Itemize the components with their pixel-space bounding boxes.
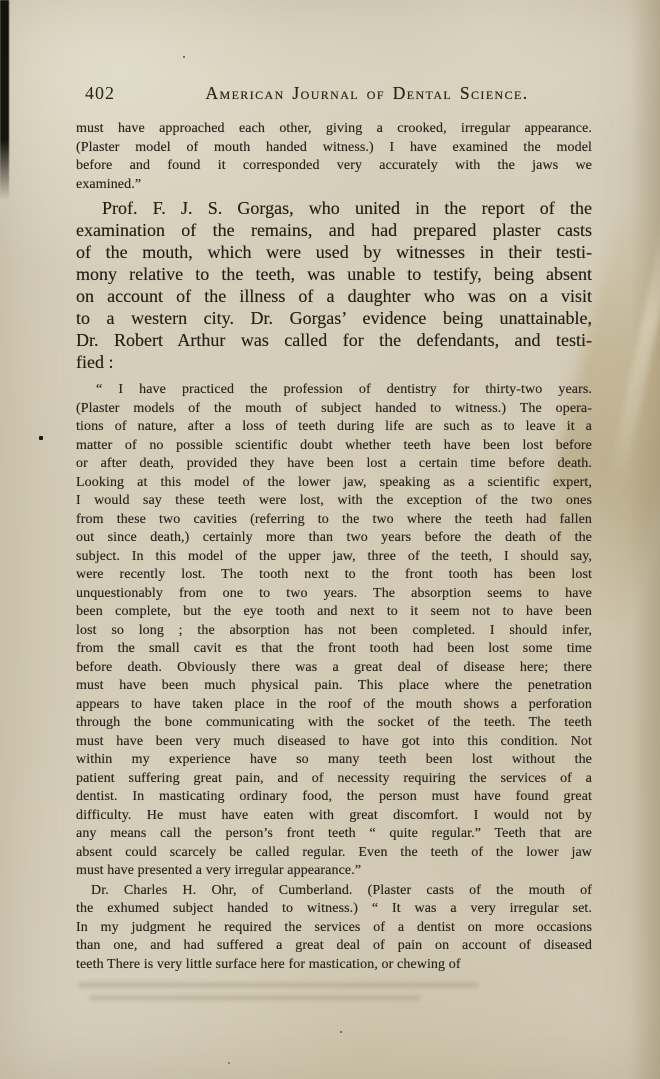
text-column: must have approached each other, giving … [76,120,592,974]
text-line: to a western city. Dr. Gorgas’ evidence … [76,307,592,329]
text-line: on account of the illness of a daughter … [76,285,592,307]
text-line: mony relative to the teeth, was unable t… [76,263,592,285]
text-line: tions of nature, after a loss of teeth d… [76,418,592,437]
text-line: appears to have taken place in the roof … [76,696,592,715]
text-line: before and found it corresponded very ac… [76,157,592,176]
text-line: examined.” [76,176,592,195]
text-line: (Plaster model of mouth handed witness.)… [76,139,592,158]
paragraph-ohr-testimony: Dr. Charles H. Ohr, of Cumberland. (Plas… [76,882,592,975]
text-line: Prof. F. J. S. Gorgas, who united in the… [76,197,592,219]
ink-speck [39,436,43,440]
text-line: been complete, but the eye tooth and nex… [76,603,592,622]
text-line: through the bone communicating with the … [76,714,592,733]
text-line: any means call the person’s front teeth … [76,825,592,844]
text-line: subject. In this model of the upper jaw,… [76,548,592,567]
text-line: lost so long ; the absorption has not be… [76,622,592,641]
text-line: before death. Obviously there was a grea… [76,659,592,678]
text-line: In my judgment he required the services … [76,919,592,938]
scanned-journal-page: 402 American Journal of Dental Science. … [0,0,660,1079]
paragraph-gorgas-narrative: Prof. F. J. S. Gorgas, who united in the… [76,197,592,373]
text-line: teeth There is very little surface here … [76,956,592,975]
journal-title: American Journal of Dental Science. [205,83,528,104]
text-line: absent could scarcely be called regular.… [76,844,592,863]
text-line: (Plaster models of the mouth of subject … [76,400,592,419]
ink-speck [228,1062,230,1064]
page-number: 402 [85,83,115,104]
text-line: or after death, provided they have been … [76,455,592,474]
text-line: must have been much physical pain. This … [76,677,592,696]
text-line: of the mouth, which were used by witness… [76,241,592,263]
text-line: must have approached each other, giving … [76,120,592,139]
ink-speck [340,1031,342,1033]
text-line: the exhumed subject handed to witness.) … [76,900,592,919]
text-line: fied : [76,351,592,373]
text-line: unquestionably from one to two years. Th… [76,585,592,604]
text-line: dentist. In masticating ordinary food, t… [76,788,592,807]
text-line: patient suffering great pain, and of nec… [76,770,592,789]
text-line: Dr. Charles H. Ohr, of Cumberland. (Plas… [76,882,592,901]
text-line: examination of the remains, and had prep… [76,219,592,241]
text-line: from the small cavit es that the front t… [76,640,592,659]
paragraph-arthur-testimony: “ I have practiced the profession of den… [76,381,592,881]
text-line: Looking at this model of the lower jaw, … [76,474,592,493]
text-line: than one, and had suffered a great deal … [76,937,592,956]
text-line: from these two cavities (referring to th… [76,511,592,530]
text-line: were recently lost. The tooth next to th… [76,566,592,585]
text-line: difficulty. He must have eaten with grea… [76,807,592,826]
text-line: matter of no possible scientific doubt w… [76,437,592,456]
text-line: “ I have practiced the profession of den… [76,381,592,400]
text-line: Dr. Robert Arthur was called for the def… [76,329,592,351]
show-through-text [78,983,478,987]
text-line: I would say these teeth were lost, with … [76,492,592,511]
ink-speck [183,56,185,58]
paragraph-continuation: must have approached each other, giving … [76,120,592,194]
show-through-text [90,996,420,1000]
text-line: within my experience have so many teeth … [76,751,592,770]
text-line: must have presented a very irregular app… [76,862,592,881]
text-line: must have been very much diseased to hav… [76,733,592,752]
running-header: 402 American Journal of Dental Science. [0,83,660,105]
text-line: out since death,) certainly more than tw… [76,529,592,548]
